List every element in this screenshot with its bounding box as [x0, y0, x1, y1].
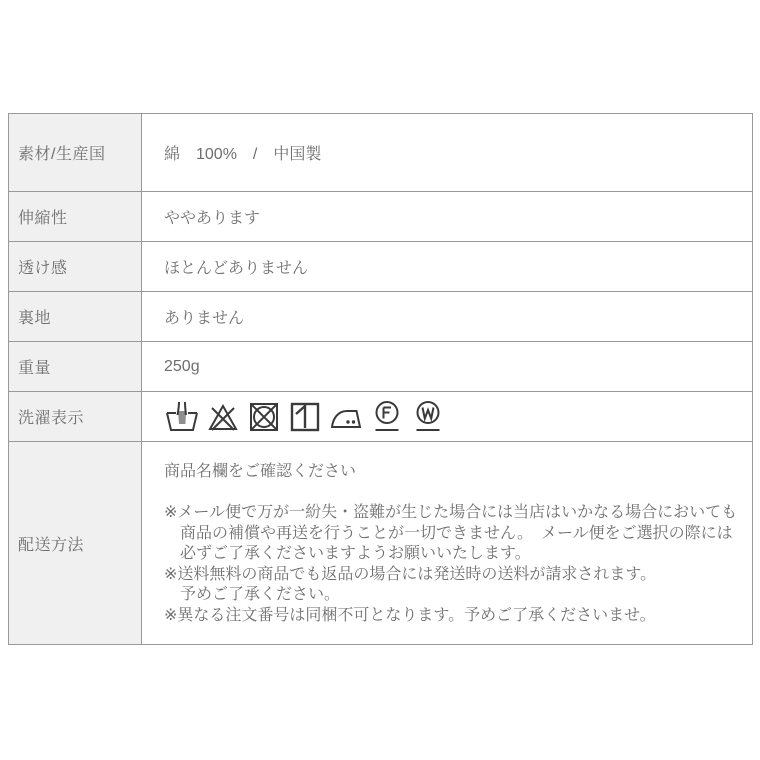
shipping-line: 商品の補償や再送を行うことが一切できません。 メール便をご選択の際には	[164, 524, 733, 545]
line-dry-in-shade-icon	[287, 399, 323, 435]
row-value-sheerness: ほとんどありません	[142, 242, 752, 291]
shipping-line: ※送料無料の商品でも返品の場合には発送時の送料が請求されます。	[164, 565, 656, 586]
row-label-lining: 裏地	[9, 292, 142, 341]
table-row-shipping: 配送方法 商品名欄をご確認ください ※メール便で万が一紛失・盗難が生じた場合には…	[9, 441, 752, 644]
do-not-tumble-dry-icon	[246, 399, 282, 435]
row-label-care: 洗濯表示	[9, 392, 142, 441]
row-label-material: 素材/生産国	[9, 114, 142, 191]
row-label-shipping: 配送方法	[9, 442, 142, 644]
product-spec-table: 素材/生産国 綿 100% / 中国製 伸縮性 ややあります 透け感 ほとんどあ…	[8, 113, 753, 645]
do-not-bleach-icon	[205, 399, 241, 435]
shipping-line: 予めご了承ください。	[164, 585, 340, 606]
row-value-shipping: 商品名欄をご確認ください ※メール便で万が一紛失・盗難が生じた場合には当店はいか…	[142, 442, 752, 644]
table-row-sheerness: 透け感 ほとんどありません	[9, 241, 752, 291]
table-row-weight: 重量 250g	[9, 341, 752, 391]
hand-wash-icon	[164, 399, 200, 435]
shipping-line: 必ずご了承くださいますようお願いいたします。	[164, 544, 531, 565]
row-value-stretch: ややあります	[142, 192, 752, 241]
iron-medium-heat-icon	[328, 399, 364, 435]
row-label-sheerness: 透け感	[9, 242, 142, 291]
row-value-weight: 250g	[142, 342, 752, 391]
shipping-line: ※異なる注文番号は同梱不可となります。予めご了承くださいませ。	[164, 606, 656, 627]
table-row-material: 素材/生産国 綿 100% / 中国製	[9, 114, 752, 191]
row-value-care	[142, 392, 752, 441]
table-row-care: 洗濯表示	[9, 391, 752, 441]
shipping-line: ※メール便で万が一紛失・盗難が生じた場合には当店はいかなる場合においても	[164, 503, 737, 524]
shipping-line: 商品名欄をご確認ください	[164, 462, 356, 483]
row-value-lining: ありません	[142, 292, 752, 341]
dry-clean-f-gentle-icon	[369, 399, 405, 435]
row-label-weight: 重量	[9, 342, 142, 391]
table-row-stretch: 伸縮性 ややあります	[9, 191, 752, 241]
row-value-material: 綿 100% / 中国製	[142, 114, 752, 191]
row-label-stretch: 伸縮性	[9, 192, 142, 241]
table-row-lining: 裏地 ありません	[9, 291, 752, 341]
care-symbols-group	[164, 399, 446, 435]
wet-clean-w-gentle-icon	[410, 399, 446, 435]
